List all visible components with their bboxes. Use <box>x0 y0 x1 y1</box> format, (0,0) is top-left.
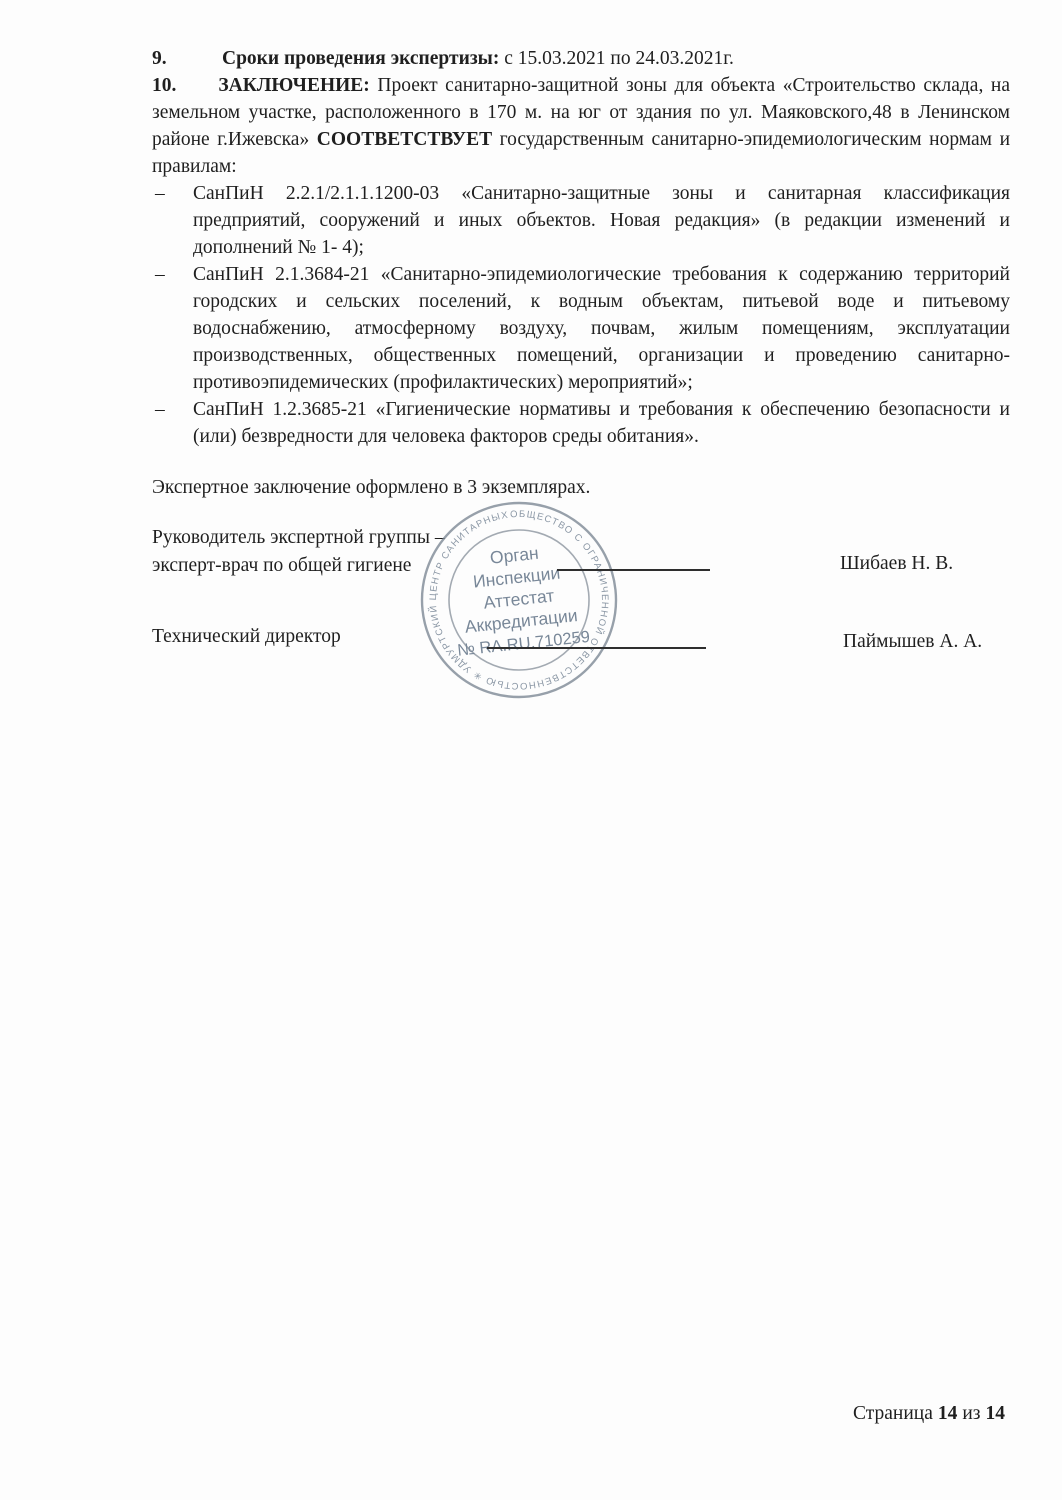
footer-page-label: Страница <box>853 1403 933 1424</box>
signature-role-1-line1: Руководитель экспертной группы – <box>152 524 445 552</box>
stamp-center-line1: Орган <box>489 543 540 568</box>
signature-role-1: Руководитель экспертной группы – эксперт… <box>152 524 445 580</box>
document-page: 9.Сроки проведения экспертизы: с 15.03.2… <box>0 0 1062 1500</box>
regulation-text: СанПиН 1.2.3685-21 «Гигиенические нормат… <box>193 399 1010 447</box>
regulation-text: СанПиН 2.1.3684-21 «Санитарно-эпидемиоло… <box>193 264 1010 393</box>
accreditation-stamp: ОБЩЕСТВО С ОГРАНИЧЕННОЙ ОТВЕТСТВЕННОСТЬЮ… <box>407 488 631 712</box>
item-9-row: 9.Сроки проведения экспертизы: с 15.03.2… <box>152 45 1010 72</box>
signature-name-2: Паймышев А. А. <box>843 631 982 653</box>
signature-name-1: Шибаев Н. В. <box>840 553 953 575</box>
item-9-label: Сроки проведения экспертизы: <box>222 48 499 69</box>
regulations-list: – СанПиН 2.2.1/2.1.1.1200-03 «Санитарно-… <box>152 180 1010 450</box>
signature-line-2 <box>487 647 706 649</box>
dash-marker: – <box>155 180 165 207</box>
conclusion-section: 9.Сроки проведения экспертизы: с 15.03.2… <box>152 45 1010 450</box>
page-footer: Страница14из14 <box>853 1403 1005 1425</box>
item-10-label: ЗАКЛЮЧЕНИЕ: <box>218 75 369 96</box>
conclusion-verdict: СООТВЕТСТВУЕТ <box>317 129 492 150</box>
stamp-svg: ОБЩЕСТВО С ОГРАНИЧЕННОЙ ОТВЕТСТВЕННОСТЬЮ… <box>407 488 631 712</box>
footer-page-number: 14 <box>938 1403 958 1424</box>
regulation-text: СанПиН 2.2.1/2.1.1.1200-03 «Санитарно-за… <box>193 183 1010 258</box>
regulation-item: – СанПиН 1.2.3685-21 «Гигиенические норм… <box>152 396 1010 450</box>
signature-role-2: Технический директор <box>152 623 341 651</box>
copies-note: Экспертное заключение оформлено в 3 экзе… <box>152 477 590 499</box>
signature-line-1 <box>557 569 710 571</box>
stamp-center-text: Орган Инспекции Аттестат Аккредитации № … <box>447 538 591 659</box>
item-10-number: 10. <box>152 75 176 96</box>
dash-marker: – <box>155 261 165 288</box>
signature-role-1-line2: эксперт-врач по общей гигиене <box>152 552 445 580</box>
footer-total-pages: 14 <box>986 1403 1006 1424</box>
regulation-item: – СанПиН 2.1.3684-21 «Санитарно-эпидемио… <box>152 261 1010 396</box>
item-9-value: с 15.03.2021 по 24.03.2021г. <box>504 48 734 69</box>
item-9-number: 9. <box>152 45 222 72</box>
footer-separator: из <box>962 1403 980 1424</box>
regulation-item: – СанПиН 2.2.1/2.1.1.1200-03 «Санитарно-… <box>152 180 1010 261</box>
dash-marker: – <box>155 396 165 423</box>
item-10-paragraph: 10.ЗАКЛЮЧЕНИЕ: Проект санитарно-защитной… <box>152 72 1010 180</box>
